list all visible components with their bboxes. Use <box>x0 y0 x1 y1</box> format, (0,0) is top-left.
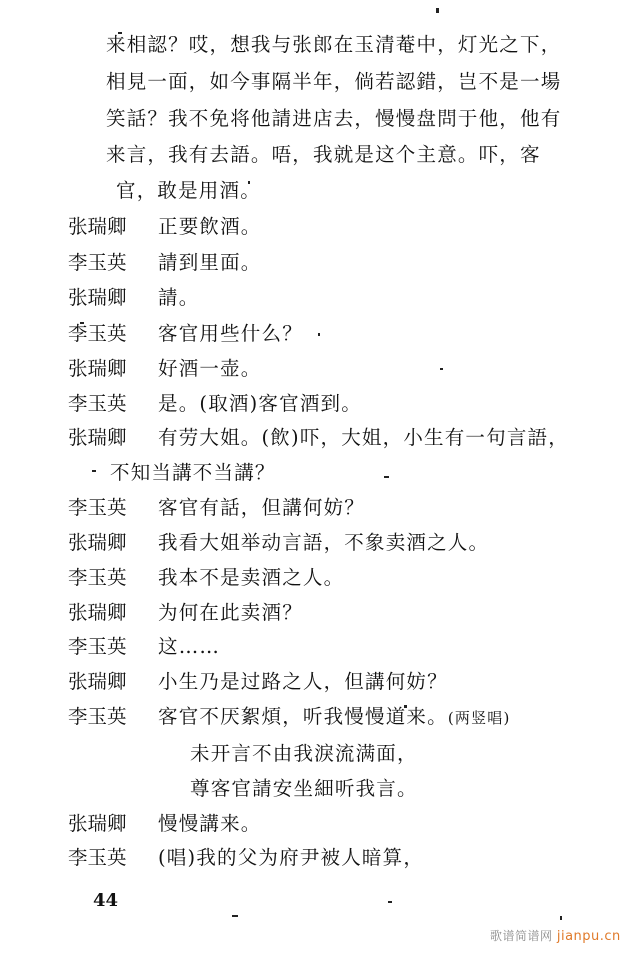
scan-speck <box>560 916 562 920</box>
speaker-name: 李玉英 <box>68 321 127 347</box>
speaker-name: 张瑞卿 <box>68 811 127 837</box>
speaker-name: 张瑞卿 <box>68 425 127 451</box>
dialogue-text-main: 客官不厌絮煩，听我慢慢道来。 <box>158 705 448 728</box>
scan-speck <box>384 476 389 478</box>
dialogue-text: 慢慢講来。 <box>158 811 262 837</box>
watermark-site-name: 歌谱简谱网 <box>490 929 553 943</box>
dialogue-text: 請。 <box>158 285 199 311</box>
speaker-name: 张瑞卿 <box>68 669 127 695</box>
scan-speck <box>118 32 122 34</box>
speaker-name: 李玉英 <box>68 565 127 591</box>
continuation-line: 相見一面，如今事隔半年，倘若認錯，岂不是一場 <box>106 69 561 95</box>
dialogue-text: 好酒一壶。 <box>158 356 262 382</box>
dialogue-text: 我看大姐举动言語，不象卖酒之人。 <box>158 530 489 556</box>
scan-speck <box>232 915 238 917</box>
dialogue-text: 小生乃是过路之人，但講何妨？ <box>158 669 448 695</box>
continuation-line: 笑話？我不免将他請进店去，慢慢盘問于他，他有 <box>106 106 561 132</box>
speaker-name: 李玉英 <box>68 634 127 660</box>
scan-speck <box>404 705 407 708</box>
continuation-line: 来言，我有去語。唔，我就是这个主意。吓，客 <box>106 142 541 168</box>
speaker-name: 李玉英 <box>68 391 127 417</box>
page-number: 44 <box>93 890 118 911</box>
dialogue-text: (唱)我的父为府尹被人暗算， <box>158 845 424 871</box>
script-page: 来相認？哎，想我与张郎在玉清菴中，灯光之下， 相見一面，如今事隔半年，倘若認錯，… <box>0 0 640 958</box>
dialogue-text: 客官有話，但講何妨？ <box>158 495 365 521</box>
dialogue-text: 我本不是卖酒之人。 <box>158 565 344 591</box>
speaker-name: 张瑞卿 <box>68 356 127 382</box>
scan-speck <box>388 901 392 903</box>
scan-speck <box>440 368 443 370</box>
verse-line: 尊客官請安坐細听我言。 <box>190 776 418 802</box>
scan-speck <box>80 322 84 324</box>
speaker-name: 张瑞卿 <box>68 214 127 240</box>
dialogue-text: 有劳大姐。(飲)吓，大姐，小生有一句言語， <box>158 425 569 451</box>
dialogue-text: 为何在此卖酒？ <box>158 600 303 626</box>
dialogue-text: 正要飲酒。 <box>158 214 262 240</box>
verse-line: 未开言不由我淚流满面， <box>190 741 418 767</box>
speaker-name: 张瑞卿 <box>68 285 127 311</box>
scan-speck <box>318 333 320 336</box>
speaker-name: 李玉英 <box>68 250 127 276</box>
watermark: 歌谱简谱网 jianpu.cn <box>490 927 621 944</box>
continuation-line: 来相認？哎，想我与张郎在玉清菴中，灯光之下， <box>106 32 561 58</box>
dialogue-text: 請到里面。 <box>158 250 262 276</box>
scan-speck <box>436 8 439 13</box>
dialogue-text: 是。(取酒)客官酒到。 <box>158 391 362 417</box>
dialogue-text: 这…… <box>158 634 220 660</box>
continuation-line: 官，敢是用酒。 <box>116 178 261 204</box>
speaker-name: 李玉英 <box>68 704 127 730</box>
scan-speck <box>92 470 96 472</box>
speaker-name: 李玉英 <box>68 495 127 521</box>
stage-direction: (两竖唱) <box>448 709 511 727</box>
speaker-name: 张瑞卿 <box>68 600 127 626</box>
scan-speck <box>248 181 250 184</box>
dialogue-wrap-line: 不知当講不当講？ <box>110 460 276 486</box>
dialogue-text: 客官用些什么？ <box>158 321 303 347</box>
watermark-domain: jianpu.cn <box>557 929 621 944</box>
dialogue-text: 客官不厌絮煩，听我慢慢道来。(两竖唱) <box>158 704 511 731</box>
speaker-name: 李玉英 <box>68 845 127 871</box>
speaker-name: 张瑞卿 <box>68 530 127 556</box>
